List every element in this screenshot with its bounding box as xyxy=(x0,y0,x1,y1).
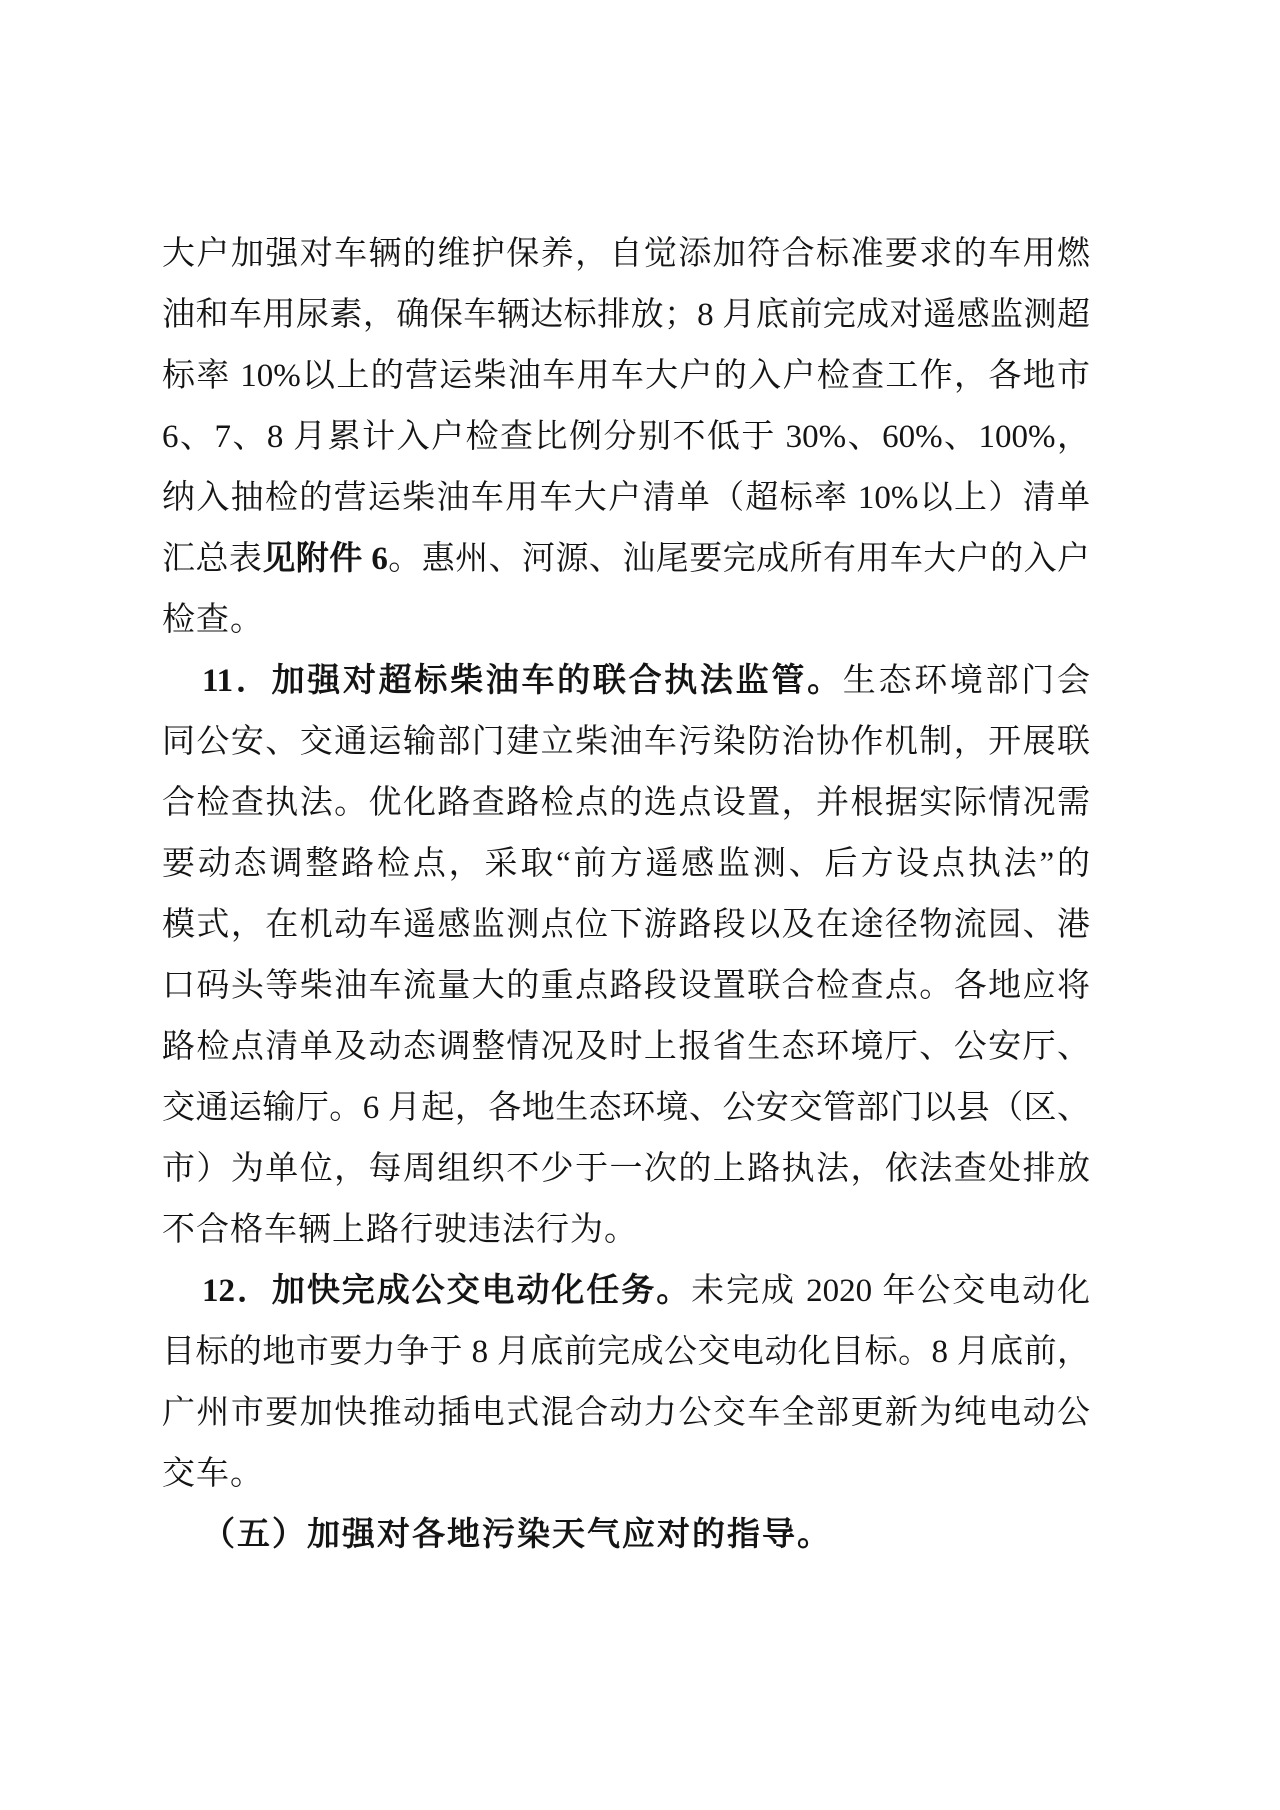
text-segment: 合检查执法。优化路查路检点的选点设置，并根据实际情况需 xyxy=(162,785,1090,821)
document-page: 大户加强对车辆的维护保养，自觉添加符合标准要求的车用燃油和车用尿素，确保车辆达标… xyxy=(0,0,1280,1810)
text-segment: 交车。 xyxy=(162,1456,264,1492)
text-segment: 油和车用尿素，确保车辆达标排放；8 月底前完成对遥感监测超 xyxy=(162,297,1090,333)
text-segment: 纳入抽检的营运柴油车用车大户清单（超标率 10%以上）清单 xyxy=(162,480,1090,516)
text-segment: 路检点清单及动态调整情况及时上报省生态环境厅、公安厅、 xyxy=(162,1029,1090,1065)
text-segment: 模式，在机动车遥感监测点位下游路段以及在途径物流园、港 xyxy=(162,907,1090,943)
body-line-16: 市）为单位，每周组织不少于一次的上路执法，依法查处排放 xyxy=(162,1139,1090,1200)
text-segment: 标率 10%以上的营运柴油车用车大户的入户检查工作，各地市 xyxy=(162,358,1090,394)
body-line-7: 检查。 xyxy=(162,590,1090,651)
bold-text-segment: 12．加快完成公交电动化任务。 xyxy=(202,1273,691,1309)
body-line-5: 纳入抽检的营运柴油车用车大户清单（超标率 10%以上）清单 xyxy=(162,468,1090,529)
text-segment: 市）为单位，每周组织不少于一次的上路执法，依法查处排放 xyxy=(162,1151,1090,1187)
bold-text-segment: （五）加强对各地污染天气应对的指导。 xyxy=(202,1517,832,1553)
body-line-1: 大户加强对车辆的维护保养，自觉添加符合标准要求的车用燃 xyxy=(162,224,1090,285)
body-line-3: 标率 10%以上的营运柴油车用车大户的入户检查工作，各地市 xyxy=(162,346,1090,407)
text-segment: 要动态调整路检点，采取“前方遥感监测、后方设点执法”的 xyxy=(162,846,1090,882)
text-segment: 检查。 xyxy=(162,602,264,638)
body-line-14: 路检点清单及动态调整情况及时上报省生态环境厅、公安厅、 xyxy=(162,1017,1090,1078)
text-segment: 同公安、交通运输部门建立柴油车污染防治协作机制，开展联 xyxy=(162,724,1090,760)
document-body: 大户加强对车辆的维护保养，自觉添加符合标准要求的车用燃油和车用尿素，确保车辆达标… xyxy=(162,224,1090,1566)
text-segment: 。惠州、河源、汕尾要完成所有用车大户的入户 xyxy=(388,541,1090,577)
body-line-12: 模式，在机动车遥感监测点位下游路段以及在途径物流园、港 xyxy=(162,895,1090,956)
body-line-17: 不合格车辆上路行驶违法行为。 xyxy=(162,1200,1090,1261)
text-segment: 不合格车辆上路行驶违法行为。 xyxy=(162,1212,638,1248)
body-line-11: 要动态调整路检点，采取“前方遥感监测、后方设点执法”的 xyxy=(162,834,1090,895)
bold-text-segment: 11．加强对超标柴油车的联合执法监管。 xyxy=(202,663,843,699)
body-line-2: 油和车用尿素，确保车辆达标排放；8 月底前完成对遥感监测超 xyxy=(162,285,1090,346)
text-segment: 未完成 2020 年公交电动化 xyxy=(691,1273,1090,1309)
body-line-21: 交车。 xyxy=(162,1444,1090,1505)
text-segment: 大户加强对车辆的维护保养，自觉添加符合标准要求的车用燃 xyxy=(162,236,1090,272)
body-line-15: 交通运输厅。6 月起，各地生态环境、公安交管部门以县（区、 xyxy=(162,1078,1090,1139)
body-line-19: 目标的地市要力争于 8 月底前完成公交电动化目标。8 月底前， xyxy=(162,1322,1090,1383)
bold-text-segment: 见附件 6 xyxy=(262,541,388,577)
text-segment: 汇总表 xyxy=(162,541,262,577)
body-line-22: （五）加强对各地污染天气应对的指导。 xyxy=(162,1505,1090,1566)
text-segment: 目标的地市要力争于 8 月底前完成公交电动化目标。8 月底前， xyxy=(162,1334,1090,1370)
body-line-13: 口码头等柴油车流量大的重点路段设置联合检查点。各地应将 xyxy=(162,956,1090,1017)
text-segment: 广州市要加快推动插电式混合动力公交车全部更新为纯电动公 xyxy=(162,1395,1090,1431)
body-line-4: 6、7、8 月累计入户检查比例分别不低于 30%、60%、100%， xyxy=(162,407,1090,468)
text-segment: 生态环境部门会 xyxy=(843,663,1090,699)
text-segment: 口码头等柴油车流量大的重点路段设置联合检查点。各地应将 xyxy=(162,968,1090,1004)
body-line-6: 汇总表见附件 6。惠州、河源、汕尾要完成所有用车大户的入户 xyxy=(162,529,1090,590)
body-line-18: 12．加快完成公交电动化任务。未完成 2020 年公交电动化 xyxy=(162,1261,1090,1322)
body-line-9: 同公安、交通运输部门建立柴油车污染防治协作机制，开展联 xyxy=(162,712,1090,773)
body-line-10: 合检查执法。优化路查路检点的选点设置，并根据实际情况需 xyxy=(162,773,1090,834)
text-segment: 交通运输厅。6 月起，各地生态环境、公安交管部门以县（区、 xyxy=(162,1090,1090,1126)
text-segment: 6、7、8 月累计入户检查比例分别不低于 30%、60%、100%， xyxy=(162,419,1090,455)
body-line-20: 广州市要加快推动插电式混合动力公交车全部更新为纯电动公 xyxy=(162,1383,1090,1444)
body-line-8: 11．加强对超标柴油车的联合执法监管。生态环境部门会 xyxy=(162,651,1090,712)
